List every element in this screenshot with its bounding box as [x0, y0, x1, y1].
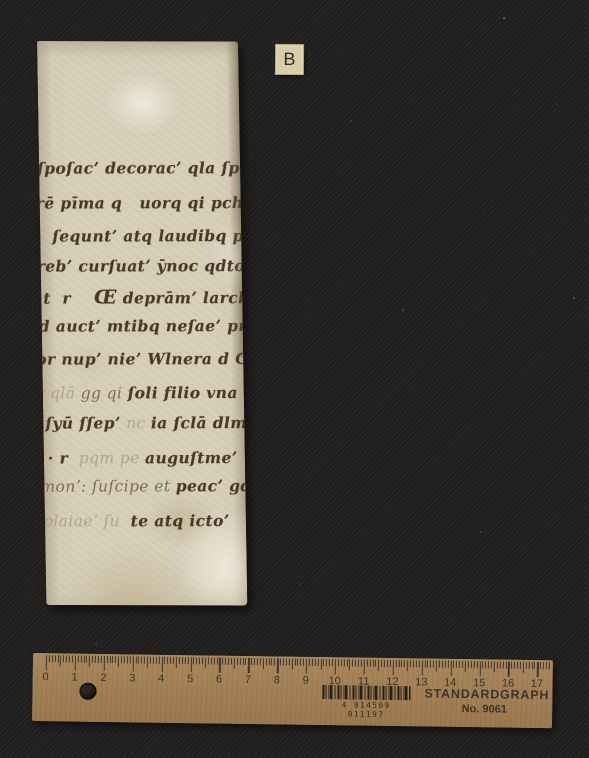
- ruler-tick: [182, 657, 183, 664]
- ruler: 01234567891011121314151617 4 014509 0111…: [32, 653, 553, 728]
- manuscript-text: ſpoſacʼ decoracʼ qla ſpoſicʼrē pīma q uo…: [37, 41, 247, 606]
- ruler-tick: [66, 655, 67, 662]
- ruler-tick: [528, 662, 529, 669]
- ruler-number: 5: [187, 673, 193, 685]
- ruler-tick: [193, 657, 194, 664]
- ruler-tick: [318, 659, 319, 666]
- ruler-tick: [251, 658, 252, 665]
- ruler-tick: [187, 657, 188, 664]
- ruler-tick: [271, 658, 272, 665]
- ruler-tick: [239, 658, 240, 665]
- ruler-tick: [161, 657, 163, 672]
- ruler-tick: [468, 661, 469, 668]
- ruler-tick: [540, 662, 541, 669]
- ruler-tick: [98, 656, 99, 663]
- ruler-tick: [219, 658, 221, 673]
- ruler-tick: [265, 658, 266, 665]
- ruler-number: 9: [303, 675, 309, 687]
- ruler-tick: [167, 657, 168, 664]
- manuscript-fragment: ſpoſacʼ decoracʼ qla ſpoſicʼrē pīma q uo…: [37, 41, 247, 606]
- ruler-tick: [312, 659, 313, 666]
- ruler-tick: [294, 659, 295, 666]
- ruler-tick: [482, 661, 483, 668]
- ruler-tick: [132, 656, 134, 671]
- ruler-tick: [346, 659, 347, 666]
- manuscript-line: monʼ: ſuſcipe et peacʼ gduoiʼ: [40, 478, 247, 495]
- ruler-model: No. 9061: [424, 702, 544, 716]
- manuscript-segment: plaiaeʼ ſu: [43, 512, 131, 530]
- ruler-tick: [341, 659, 342, 666]
- ruler-tick: [485, 661, 486, 668]
- ruler-tick: [124, 656, 125, 663]
- ruler-tick: [147, 657, 148, 668]
- ruler-tick: [471, 661, 472, 668]
- ruler-tick: [387, 660, 388, 667]
- barcode-bars: [322, 685, 410, 700]
- ruler-number: 8: [274, 674, 280, 686]
- manuscript-segment: pqm pe: [68, 449, 145, 467]
- manuscript-segment: deprāmʼ larchq: [117, 288, 248, 307]
- ruler-tick: [531, 662, 532, 669]
- manuscript-segment: rē pīma q uorq qi pchcʼ: [37, 193, 247, 213]
- ruler-tick: [101, 656, 102, 663]
- ruler-tick: [439, 661, 440, 668]
- ruler-tick: [263, 658, 264, 669]
- ruler-tick: [323, 659, 324, 666]
- ruler-tick: [381, 660, 382, 667]
- ruler-tick: [424, 660, 425, 667]
- ruler-tick: [46, 655, 48, 670]
- ruler-tick: [254, 658, 255, 665]
- manuscript-segment: ſyū ſſepʼ: [45, 413, 121, 432]
- ruler-tick: [375, 660, 376, 667]
- ruler-tick: [107, 656, 108, 663]
- ruler-tick: [55, 655, 56, 662]
- ruler-tick: [63, 655, 64, 662]
- ruler-tick: [83, 656, 84, 663]
- ruler-tick: [479, 661, 481, 676]
- ruler-tick: [170, 657, 171, 664]
- ruler-tick: [92, 656, 93, 663]
- manuscript-segment: te atq ictoʼ: [130, 511, 229, 530]
- ruler-number: 3: [129, 672, 135, 684]
- ruler-tick: [179, 657, 180, 664]
- ruler-tick: [462, 661, 463, 668]
- ruler-tick: [474, 661, 475, 668]
- ruler-tick: [329, 659, 330, 666]
- manuscript-segment: ſequntʼ atq laudibq pq: [52, 226, 247, 246]
- ruler-tick: [453, 661, 454, 668]
- ruler-tick: [228, 658, 229, 665]
- ruler-tick: [153, 657, 154, 664]
- ruler-tick: [300, 659, 301, 666]
- ruler-tick: [257, 658, 258, 665]
- ruler-tick: [549, 662, 550, 669]
- manuscript-segment: · r: [48, 448, 69, 467]
- ruler-tick: [280, 658, 281, 665]
- ruler-tick: [413, 660, 414, 667]
- ruler-tick: [508, 662, 510, 677]
- ruler-tick: [445, 661, 446, 668]
- ruler-tick: [476, 661, 477, 668]
- ruler-tick: [390, 660, 391, 667]
- ruler-tick: [141, 657, 142, 664]
- ruler-tick: [72, 656, 73, 663]
- ruler-tick: [370, 660, 371, 667]
- ruler-tick: [156, 657, 157, 664]
- ruler-tick: [364, 660, 366, 675]
- ruler-tick: [211, 657, 212, 664]
- ruler-tick: [75, 656, 77, 671]
- ruler-tick: [237, 658, 238, 665]
- ruler-tick: [118, 656, 119, 667]
- photo-background: ſpoſacʼ decoracʼ qla ſpoſicʼrē pīma q uo…: [0, 0, 589, 758]
- manuscript-segment: peacʼ gduoiʼ: [176, 476, 248, 495]
- ruler-tick: [416, 660, 417, 667]
- manuscript-line: d auctʼ mtibq neſaeʼ prſq: [39, 318, 248, 335]
- ruler-tick: [534, 662, 535, 669]
- ruler-tick: [216, 658, 217, 665]
- ruler-tick: [89, 656, 90, 667]
- ruler-tick: [407, 660, 408, 671]
- ruler-tick: [159, 657, 160, 664]
- barcode-digits: 4 014509 011197: [322, 700, 410, 719]
- ruler-tick: [326, 659, 327, 666]
- ruler-tick: [488, 661, 489, 668]
- manuscript-segment: t r: [43, 288, 94, 307]
- ruler-tick: [190, 657, 192, 672]
- ruler-tick: [352, 659, 353, 666]
- ruler-tick: [349, 659, 350, 670]
- ruler-tick: [121, 656, 122, 663]
- ruler-tick: [448, 661, 449, 668]
- ruler-tick: [361, 660, 362, 667]
- ruler-tick: [225, 658, 226, 665]
- ruler-tick: [526, 662, 527, 669]
- ruler-tick: [393, 660, 395, 675]
- ruler-tick: [286, 659, 287, 666]
- manuscript-segment: ſpoſacʼ decoracʼ qla ſpoſicʼ: [37, 158, 247, 178]
- ruler-tick: [150, 657, 151, 664]
- ruler-tick: [427, 661, 428, 668]
- manuscript-segment: Œ: [94, 286, 117, 308]
- ruler-tick: [127, 656, 128, 663]
- ruler-tick: [185, 657, 186, 664]
- ruler-tick: [260, 658, 261, 665]
- ruler-tick: [367, 660, 368, 667]
- ruler-tick: [537, 662, 539, 677]
- ruler-tick: [173, 657, 174, 664]
- ruler-tick: [465, 661, 466, 672]
- ruler-tick: [49, 655, 50, 662]
- ruler-tick: [491, 661, 492, 668]
- ruler-tick: [494, 661, 495, 672]
- ruler-tick: [442, 661, 443, 668]
- ruler-tick: [176, 657, 177, 668]
- ruler-tick: [231, 658, 232, 665]
- manuscript-line: ſyū ſſepʼ nc ia ſclā dlmē: [45, 415, 247, 432]
- ruler-tick: [242, 658, 243, 665]
- ruler-tick: [511, 662, 512, 669]
- ruler-tick: [502, 662, 503, 669]
- ruler-tick: [245, 658, 246, 665]
- ruler-tick: [320, 659, 321, 670]
- ruler-tick: [401, 660, 402, 667]
- ruler-tick: [115, 656, 116, 663]
- ruler-tick: [500, 662, 501, 669]
- dust-specks: [0, 0, 2, 2]
- ruler-tick: [344, 659, 345, 666]
- manuscript-line: r qlā gg qi ſoli filio vna: [37, 385, 238, 402]
- ruler-tick: [248, 658, 250, 673]
- ruler-tick: [164, 657, 165, 664]
- manuscript-line: ſequntʼ atq laudibq pq: [52, 228, 247, 245]
- ruler-tick: [315, 659, 316, 666]
- ruler-tick: [505, 662, 506, 669]
- ruler-tick: [410, 660, 411, 667]
- ruler-number: 4: [158, 673, 164, 685]
- ruler-tick: [355, 659, 356, 666]
- ruler-number: 6: [216, 674, 222, 686]
- ruler-tick: [450, 661, 452, 676]
- manuscript-line: plaiaeʼ ſu te atq ictoʼ: [43, 513, 230, 530]
- ruler-tick: [283, 658, 284, 665]
- ruler-tick: [497, 661, 498, 668]
- ruler-tick: [332, 659, 333, 666]
- ruler-tick: [109, 656, 110, 663]
- ruler-tick: [372, 660, 373, 667]
- ruler-tick: [358, 660, 359, 667]
- manuscript-segment: d auctʼ mtibq neſaeʼ prſq: [39, 316, 248, 336]
- manuscript-segment: auguſtmeʼ: [145, 448, 238, 467]
- ruler-tick: [78, 656, 79, 663]
- manuscript-line: t r Œ deprāmʼ larchq: [43, 288, 247, 308]
- ruler-tick: [430, 661, 431, 668]
- ruler-tick: [222, 658, 223, 665]
- ruler-brand: STANDARDGRAPH: [424, 686, 544, 702]
- ruler-number: 2: [100, 672, 106, 684]
- ruler-tick: [234, 658, 235, 669]
- manuscript-line: · r pqm pe auguſtmeʼ: [48, 450, 238, 467]
- ruler-tick: [144, 657, 145, 664]
- ruler-tick: [57, 655, 58, 662]
- ruler-number: 7: [245, 674, 251, 686]
- ruler-tick: [81, 656, 82, 663]
- ruler-tick: [199, 657, 200, 664]
- ruler-tick: [289, 659, 290, 666]
- specimen-label-text: B: [283, 49, 295, 70]
- manuscript-segment: monʼ: ſuſcipe et: [40, 477, 176, 495]
- ruler-tick: [514, 662, 515, 669]
- ruler-tick: [112, 656, 113, 663]
- ruler-tick: [421, 660, 423, 675]
- ruler-tick: [104, 656, 106, 671]
- ruler-tick: [459, 661, 460, 668]
- ruler-tick: [523, 662, 524, 673]
- ruler-tick: [135, 656, 136, 663]
- ruler-tick: [196, 657, 197, 664]
- ruler-tick: [86, 656, 87, 663]
- ruler-tick: [277, 658, 279, 673]
- manuscript-segment: ia ſclā dlmē: [151, 413, 248, 432]
- barcode: 4 014509 011197: [322, 685, 410, 719]
- manuscript-line: rebʼ curſuatʼ ȳnoc qdtocʼ: [37, 258, 247, 275]
- ruler-tick: [335, 659, 337, 674]
- ruler-tick: [309, 659, 310, 666]
- ruler-tick: [205, 657, 206, 668]
- ruler-tick: [291, 659, 292, 670]
- ruler-tick: [208, 657, 209, 664]
- ruler-tick: [433, 661, 434, 668]
- ruler-tick: [520, 662, 521, 669]
- ruler-tick: [202, 657, 203, 664]
- ruler-tick: [130, 656, 131, 663]
- ruler-tick: [138, 656, 139, 663]
- ruler-number: 0: [43, 671, 49, 683]
- ruler-tick: [436, 661, 437, 672]
- ruler-tick: [95, 656, 96, 663]
- ruler-tick: [268, 658, 269, 665]
- ruler-tick: [384, 660, 385, 667]
- manuscript-line: or nupʼ nieʼ Wlnera d Œo: [37, 351, 247, 368]
- ruler-tick: [517, 662, 518, 669]
- ruler-tick: [52, 655, 53, 662]
- manuscript-line: rē pīma q uorq qi pchcʼ: [37, 195, 247, 212]
- manuscript-segment: gg qi: [80, 384, 127, 402]
- manuscript-segment: or nupʼ nieʼ Wlnera d Œo: [37, 349, 247, 369]
- ruler-tick: [404, 660, 405, 667]
- ruler-number: 1: [71, 672, 77, 684]
- specimen-label: B: [275, 44, 304, 75]
- manuscript-segment: ſoli filio vna: [127, 383, 238, 402]
- ruler-tick: [456, 661, 457, 668]
- manuscript-segment: rebʼ curſuatʼ ȳnoc qdtocʼ: [37, 256, 247, 276]
- ruler-tick: [303, 659, 304, 666]
- ruler-tick: [274, 658, 275, 665]
- manuscript-segment: r qlā: [37, 384, 81, 402]
- ruler-tick: [378, 660, 379, 671]
- ruler-tick: [396, 660, 397, 667]
- ruler-tick: [306, 659, 308, 674]
- ruler-tick: [297, 659, 298, 666]
- ruler-tick: [419, 660, 420, 667]
- manuscript-line: ſpoſacʼ decoracʼ qla ſpoſicʼ: [37, 160, 247, 177]
- ruler-tick: [60, 655, 61, 666]
- manuscript-segment: nc: [121, 414, 152, 432]
- ruler-tick: [338, 659, 339, 666]
- ruler-tick: [398, 660, 399, 667]
- ruler-tick: [543, 662, 544, 669]
- ruler-tick: [69, 656, 70, 663]
- ruler-tick: [213, 658, 214, 665]
- ruler-tick: [546, 662, 547, 669]
